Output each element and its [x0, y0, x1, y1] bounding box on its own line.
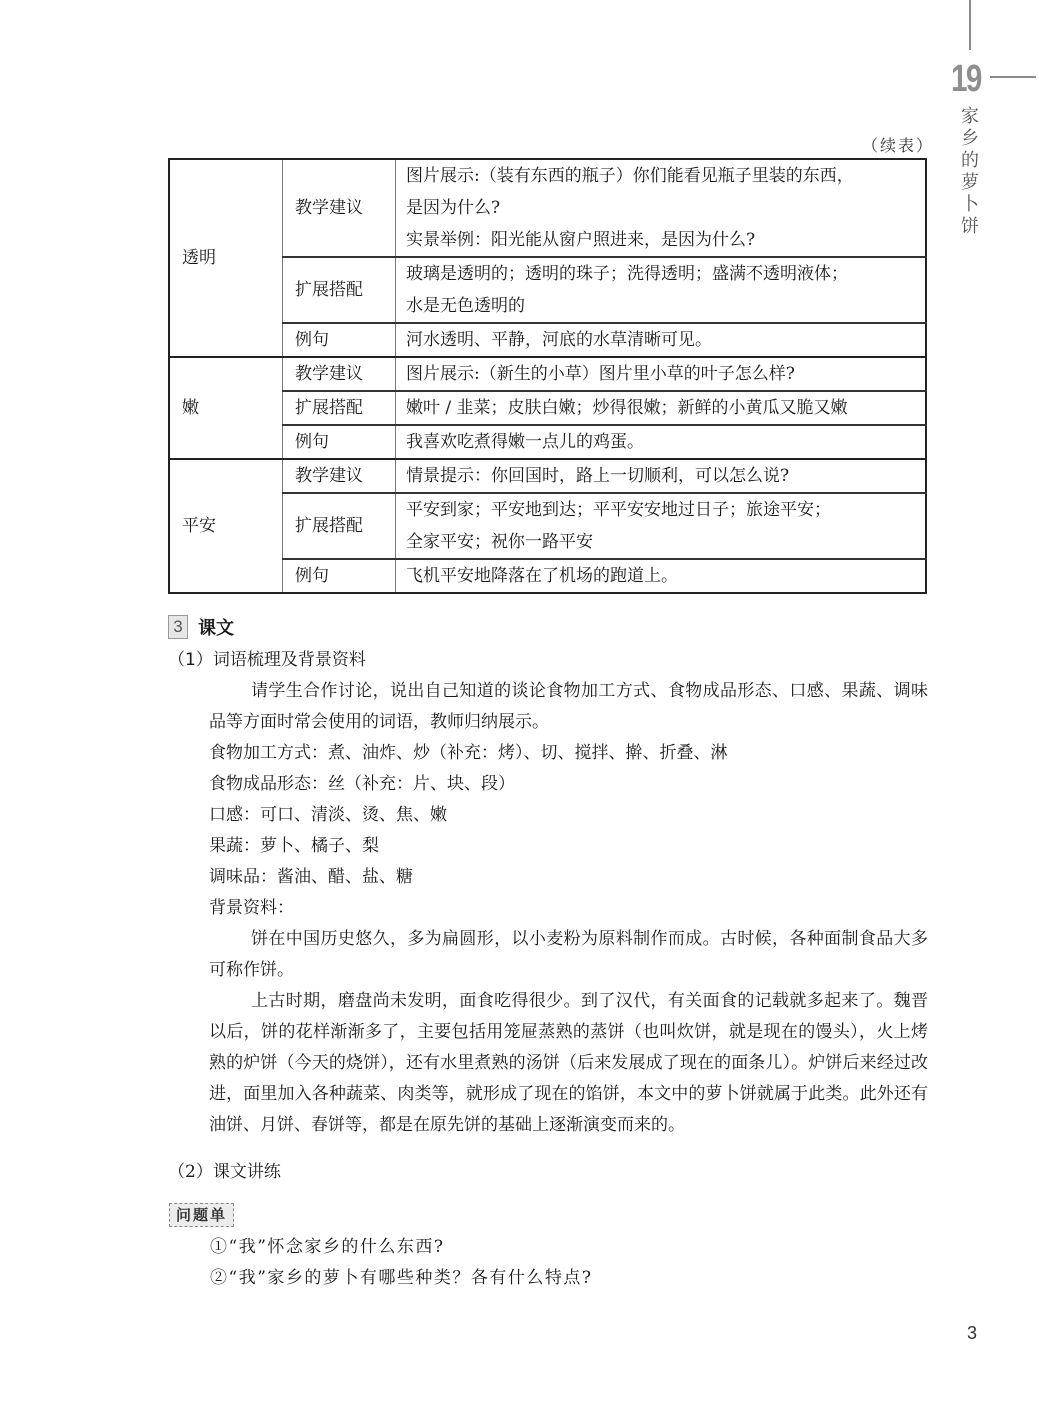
vocab-table: 透明教学建议图片展示:（装有东西的瓶子）你们能看见瓶子里装的东西，是因为什么?实… — [168, 158, 927, 594]
content-line: 玻璃是透明的；透明的珠子；洗得透明；盛满不透明液体； — [406, 258, 915, 290]
table-row: 透明教学建议图片展示:（装有东西的瓶子）你们能看见瓶子里装的东西，是因为什么?实… — [169, 159, 926, 257]
content-line: 我喜欢吃煮得嫩一点儿的鸡蛋。 — [406, 426, 915, 458]
table-row: 例句河水透明、平静，河底的水草清晰可见。 — [169, 323, 926, 357]
row-category: 例句 — [283, 323, 396, 357]
table-row: 例句我喜欢吃煮得嫩一点儿的鸡蛋。 — [169, 425, 926, 459]
vocab-category-line: 口感：可口、清淡、烫、焦、嫩 — [168, 800, 928, 831]
category-values: 丝（补充：片、块、段） — [328, 774, 515, 794]
row-content: 图片展示:（装有东西的瓶子）你们能看见瓶子里装的东西，是因为什么?实景举例：阳光… — [396, 159, 927, 257]
row-category: 扩展搭配 — [283, 257, 396, 323]
section-number-badge: 3 — [168, 615, 188, 639]
category-label: 口感： — [209, 805, 260, 825]
content-line: 图片展示:（新生的小草）图片里小草的叶子怎么样? — [406, 358, 915, 390]
background-paragraph-1: 饼在中国历史悠久，多为扁圆形，以小麦粉为原料制作而成。古时候，各种面制食品大多可… — [168, 924, 928, 986]
row-category: 扩展搭配 — [283, 391, 396, 425]
category-values: 酱油、醋、盐、糖 — [277, 867, 413, 887]
row-category: 教学建议 — [283, 159, 396, 257]
vocab-category-line: 调味品：酱油、醋、盐、糖 — [168, 862, 928, 893]
content-line: 是因为什么? — [406, 192, 915, 224]
category-values: 煮、油炸、炒（补充：烤）、切、搅拌、擀、折叠、淋 — [328, 743, 728, 763]
content-line: 嫩叶 / 韭菜；皮肤白嫩；炒得很嫩；新鲜的小黄瓜又脆又嫩 — [406, 392, 915, 424]
content-line: 水是无色透明的 — [406, 290, 915, 322]
category-values: 萝卜、橘子、梨 — [260, 836, 379, 856]
content-line: 情景提示：你回国时，路上一切顺利，可以怎么说? — [406, 460, 915, 492]
vocab-word: 嫩 — [169, 357, 283, 459]
table-row: 扩展搭配平安到家；平安地到达；平平安安地过日子；旅途平安；全家平安；祝你一路平安 — [169, 493, 926, 559]
row-category: 教学建议 — [283, 459, 396, 493]
content-line: 飞机平安地降落在了机场的跑道上。 — [406, 560, 915, 592]
question-item: ①“我”怀念家乡的什么东西? — [210, 1232, 593, 1263]
vocab-category-line: 果蔬：萝卜、橘子、梨 — [168, 831, 928, 862]
table-row: 例句飞机平安地降落在了机场的跑道上。 — [169, 559, 926, 593]
vocab-category-line: 背景资料： — [168, 893, 928, 924]
content-line: 实景举例：阳光能从窗户照进来，是因为什么? — [406, 224, 915, 256]
chapter-title: 家乡的萝卜饼 — [958, 106, 982, 238]
row-content: 平安到家；平安地到达；平平安安地过日子；旅途平安；全家平安；祝你一路平安 — [396, 493, 927, 559]
vocab-category-list: 食物加工方式：煮、油炸、炒（补充：烤）、切、搅拌、擀、折叠、淋食物成品形态：丝（… — [168, 738, 928, 924]
content-line: 图片展示:（装有东西的瓶子）你们能看见瓶子里装的东西， — [406, 160, 915, 192]
page-number: 3 — [967, 1323, 977, 1344]
question-list: ①“我”怀念家乡的什么东西? ②“我”家乡的萝卜有哪些种类？各有什么特点? — [210, 1232, 593, 1294]
background-paragraph-2: 上古时期，磨盘尚未发明，面食吃得很少。到了汉代，有关面食的记载就多起来了。魏晋以… — [168, 986, 928, 1141]
row-category: 扩展搭配 — [283, 493, 396, 559]
part1: （1）词语梳理及背景资料 请学生合作讨论，说出自己知道的谈论食物加工方式、食物成… — [168, 645, 928, 1141]
question-item: ②“我”家乡的萝卜有哪些种类？各有什么特点? — [210, 1263, 593, 1294]
margin-rule — [969, 0, 971, 50]
row-content: 河水透明、平静，河底的水草清晰可见。 — [396, 323, 927, 357]
question-list-badge: 问题单 — [169, 1203, 234, 1227]
section-title: 课文 — [198, 614, 234, 640]
continued-label: （续表） — [862, 133, 934, 156]
vocab-category-line: 食物加工方式：煮、油炸、炒（补充：烤）、切、搅拌、擀、折叠、淋 — [168, 738, 928, 769]
category-label: 食物加工方式： — [209, 743, 328, 763]
part2-heading: （2）课文讲练 — [168, 1157, 928, 1188]
section-heading: 3 课文 — [168, 614, 234, 640]
category-label: 食物成品形态： — [209, 774, 328, 794]
row-content: 飞机平安地降落在了机场的跑道上。 — [396, 559, 927, 593]
category-label: 果蔬： — [209, 836, 260, 856]
table-row: 扩展搭配嫩叶 / 韭菜；皮肤白嫩；炒得很嫩；新鲜的小黄瓜又脆又嫩 — [169, 391, 926, 425]
content-line: 河水透明、平静，河底的水草清晰可见。 — [406, 324, 915, 356]
part1-heading: （1）词语梳理及背景资料 — [168, 645, 928, 676]
row-category: 例句 — [283, 425, 396, 459]
chapter-number: 19 — [951, 58, 981, 101]
row-content: 我喜欢吃煮得嫩一点儿的鸡蛋。 — [396, 425, 927, 459]
row-category: 教学建议 — [283, 357, 396, 391]
table-row: 嫩教学建议图片展示:（新生的小草）图片里小草的叶子怎么样? — [169, 357, 926, 391]
category-label: 背景资料： — [209, 898, 294, 918]
vocab-category-line: 食物成品形态：丝（补充：片、块、段） — [168, 769, 928, 800]
vocab-word: 透明 — [169, 159, 283, 357]
table-row: 平安教学建议情景提示：你回国时，路上一切顺利，可以怎么说? — [169, 459, 926, 493]
category-values: 可口、清淡、烫、焦、嫩 — [260, 805, 447, 825]
part1-intro: 请学生合作讨论，说出自己知道的谈论食物加工方式、食物成品形态、口感、果蔬、调味品… — [168, 676, 928, 738]
vocab-word: 平安 — [169, 459, 283, 593]
content-line: 平安到家；平安地到达；平平安安地过日子；旅途平安； — [406, 494, 915, 526]
row-content: 图片展示:（新生的小草）图片里小草的叶子怎么样? — [396, 357, 927, 391]
row-content: 玻璃是透明的；透明的珠子；洗得透明；盛满不透明液体；水是无色透明的 — [396, 257, 927, 323]
chapter-dash — [990, 76, 1036, 78]
table-row: 扩展搭配玻璃是透明的；透明的珠子；洗得透明；盛满不透明液体；水是无色透明的 — [169, 257, 926, 323]
row-content: 情景提示：你回国时，路上一切顺利，可以怎么说? — [396, 459, 927, 493]
content-line: 全家平安；祝你一路平安 — [406, 526, 915, 558]
row-category: 例句 — [283, 559, 396, 593]
row-content: 嫩叶 / 韭菜；皮肤白嫩；炒得很嫩；新鲜的小黄瓜又脆又嫩 — [396, 391, 927, 425]
category-label: 调味品： — [209, 867, 277, 887]
